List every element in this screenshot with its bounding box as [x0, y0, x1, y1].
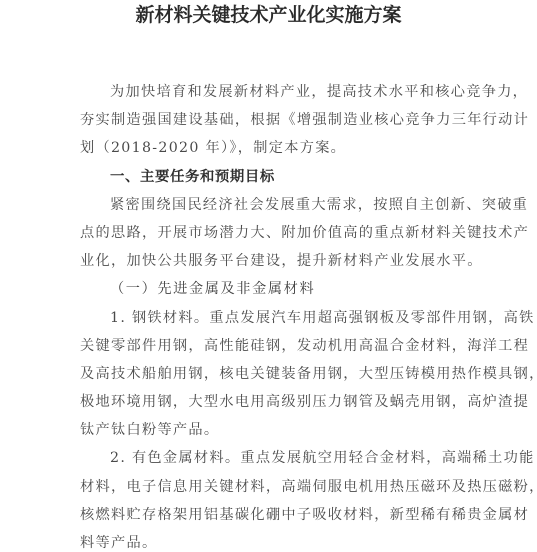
subsection-heading: （一）先进金属及非金属材料 [80, 275, 480, 303]
document-body: 为加快培育和发展新材料产业，提高技术水平和核心竞争力， 夯实制造强国建设基础，根… [80, 78, 480, 552]
intro-line: 为加快培育和发展新材料产业，提高技术水平和核心竞争力， [80, 78, 480, 106]
item-line: 及高技术船舶用钢，核电关键装备用钢，大型压铸模用热作模具钢， [80, 360, 480, 388]
paragraph-line: 点的思路，开展市场潜力大、附加价值高的重点新材料关键技术产 [80, 219, 480, 247]
item-line: 1. 钢铁材料。重点发展汽车用超高强钢板及零部件用钢，高铁 [80, 304, 480, 332]
item-line: 料等产品。 [80, 529, 480, 552]
document-page: 新材料关键技术产业化实施方案 为加快培育和发展新材料产业，提高技术水平和核心竞争… [0, 0, 537, 552]
item-line: 核燃料贮存格架用铝基碳化硼中子吸收材料，新型稀有稀贵金属材 [80, 501, 480, 529]
intro-line: 夯实制造强国建设基础，根据《增强制造业核心竞争力三年行动计 [80, 106, 480, 134]
item-line: 极地环境用钢，大型水电用高级别压力钢管及蜗壳用钢，高炉渣提 [80, 388, 480, 416]
document-title: 新材料关键技术产业化实施方案 [0, 2, 537, 28]
paragraph-line: 业化，加快公共服务平台建设，提升新材料产业发展水平。 [80, 247, 480, 275]
item-line: 关键零部件用钢，高性能硅钢，发动机用高温合金材料，海洋工程 [80, 332, 480, 360]
paragraph-line: 紧密围绕国民经济社会发展重大需求，按照自主创新、突破重 [80, 191, 480, 219]
section-heading: 一、主要任务和预期目标 [80, 163, 480, 191]
item-line: 钛产钛白粉等产品。 [80, 416, 480, 444]
item-line: 材料，电子信息用关键材料，高端伺服电机用热压磁环及热压磁粉， [80, 473, 480, 501]
item-line: 2. 有色金属材料。重点发展航空用轻合金材料，高端稀土功能 [80, 444, 480, 472]
intro-line: 划（2018-2020 年）》，制定本方案。 [80, 134, 480, 162]
